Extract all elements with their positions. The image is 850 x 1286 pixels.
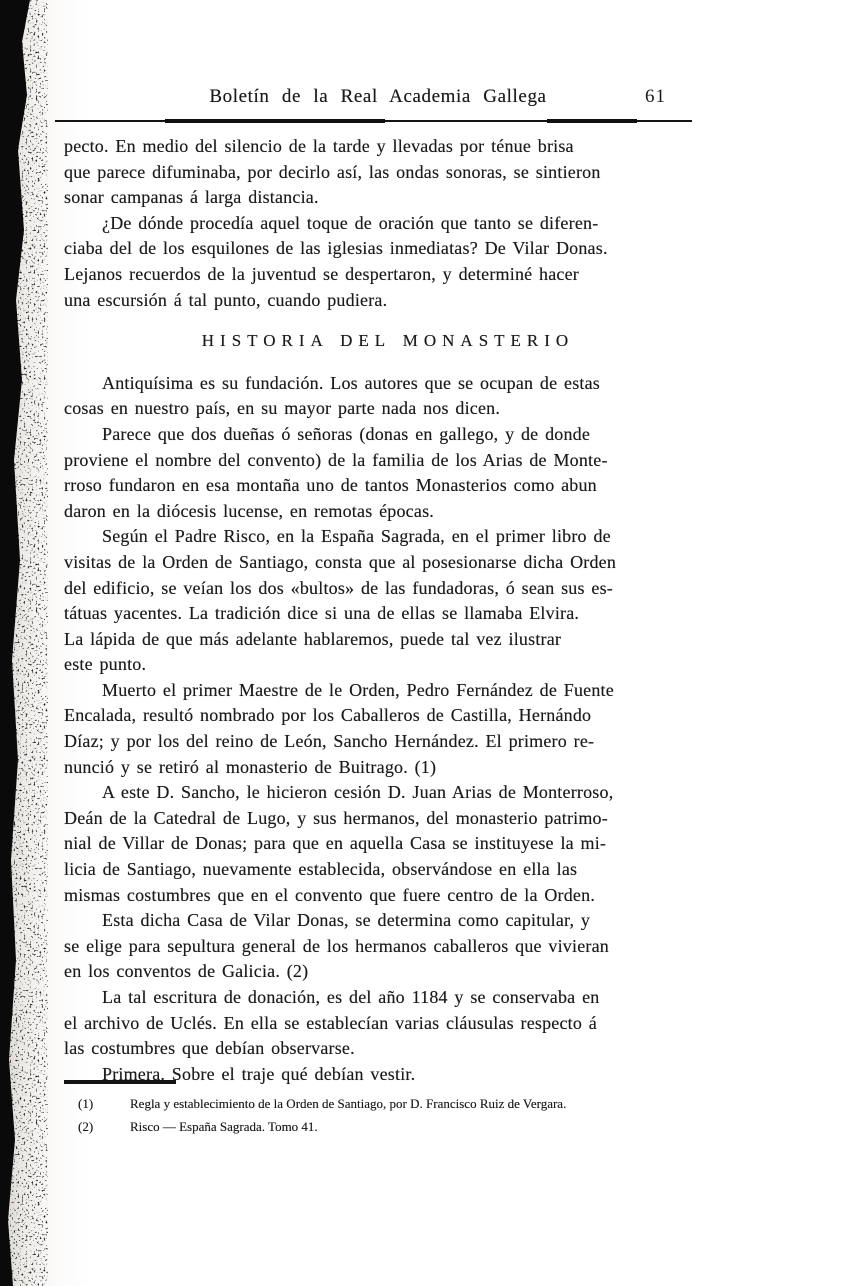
journal-title: Boletín de la Real Academia Gallega <box>209 86 546 107</box>
book-binding-edge <box>0 0 30 1286</box>
page-number: 61 <box>645 86 666 108</box>
header-rule <box>55 120 692 122</box>
paragraph: La tal escritura de donación, es del año… <box>64 985 712 1062</box>
scanned-book-page: Boletín de la Real Academia Gallega 61 p… <box>0 0 850 1286</box>
paragraph: Parece que dos dueñas ó señoras (donas e… <box>64 422 712 524</box>
footnote-text: Regla y establecimiento de la Orden de S… <box>130 1093 744 1116</box>
paragraph: pecto. En medio del silencio de la tarde… <box>64 134 712 211</box>
text-block: pecto. En medio del silencio de la tarde… <box>64 134 712 1087</box>
footnote-marker: (2) <box>64 1116 130 1139</box>
footnote: (2) Risco — España Sagrada. Tomo 41. <box>64 1116 744 1139</box>
footnote-text: Risco — España Sagrada. Tomo 41. <box>130 1116 744 1139</box>
paragraph: Muerto el primer Maestre de le Orden, Pe… <box>64 678 712 780</box>
page-header: Boletín de la Real Academia Gallega 61 <box>64 86 692 108</box>
paragraph: Esta dicha Casa de Vilar Donas, se deter… <box>64 908 712 985</box>
paragraph: Según el Padre Risco, en la España Sagra… <box>64 524 712 678</box>
paragraph: Antiquísima es su fundación. Los autores… <box>64 371 712 422</box>
paragraph: ¿De dónde procedía aquel toque de oració… <box>64 211 712 313</box>
footnote: (1) Regla y establecimiento de la Orden … <box>64 1093 744 1116</box>
paragraph: A este D. Sancho, le hicieron cesión D. … <box>64 780 712 908</box>
footnotes-block: (1) Regla y establecimiento de la Orden … <box>64 1080 744 1138</box>
section-heading: HISTORIA DEL MONASTERIO <box>64 328 712 354</box>
footnote-marker: (1) <box>64 1093 130 1116</box>
footnote-separator-rule <box>64 1080 176 1084</box>
